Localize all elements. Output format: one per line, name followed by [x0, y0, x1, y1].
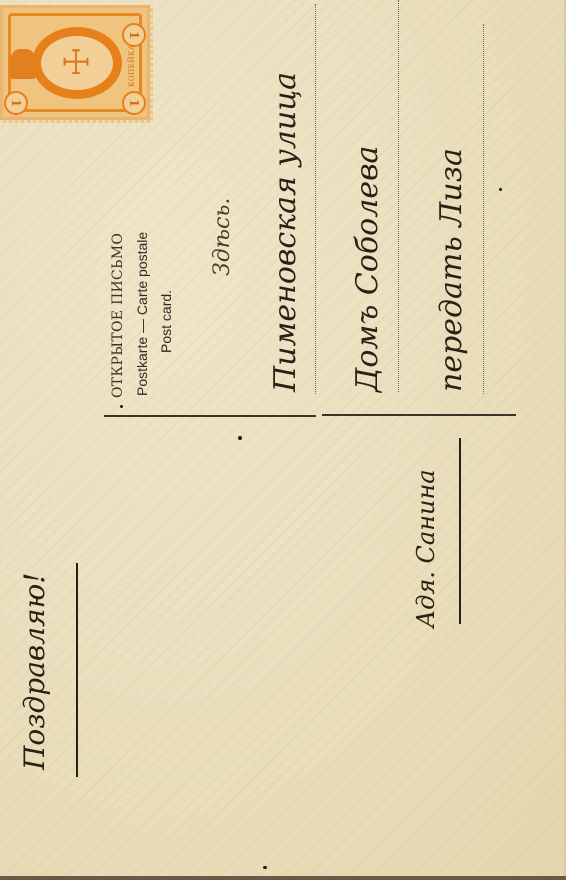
address-house: Домъ Соболева	[350, 146, 385, 392]
divider-line	[322, 414, 516, 416]
ink-speck	[499, 188, 502, 191]
stamp-side-text: КОПЕЙКА	[128, 43, 142, 87]
signature: Адя. Санина	[412, 469, 440, 628]
address-recipient: передать Лиза	[434, 148, 469, 392]
postcard-subtitle: Postkarte — Carte postale	[134, 232, 150, 396]
address-line	[483, 24, 484, 394]
card-edge	[0, 876, 566, 880]
address-line	[315, 4, 316, 394]
postage-stamp: ☩ 1 1 1 КОПЕЙКА	[0, 5, 153, 123]
address-street: Пименовская улица	[268, 72, 303, 392]
greeting-underline	[76, 563, 78, 777]
postcard-title: ОТКРЫТОЕ ПИСЬМО	[110, 233, 126, 398]
postcard-english-label: Post card.	[158, 290, 174, 353]
printed-header: ОТКРЫТОЕ ПИСЬМО Postkarte — Carte postal…	[106, 148, 192, 398]
double-headed-eagle-icon: ☩	[54, 43, 98, 83]
divider-line	[104, 415, 316, 417]
stamp-denomination: 1	[4, 91, 28, 115]
ink-speck	[238, 436, 242, 440]
greeting: Поздравляю!	[18, 573, 51, 770]
ink-speck	[263, 866, 267, 869]
ink-speck	[120, 405, 123, 408]
signature-underline	[459, 438, 461, 624]
stamp-denomination: 1	[122, 91, 146, 115]
address-line	[398, 0, 399, 392]
address-city: Здѣсь.	[210, 198, 235, 276]
postcard: ☩ 1 1 1 КОПЕЙКА ОТКРЫТОЕ ПИСЬМО Postkart…	[0, 0, 566, 880]
